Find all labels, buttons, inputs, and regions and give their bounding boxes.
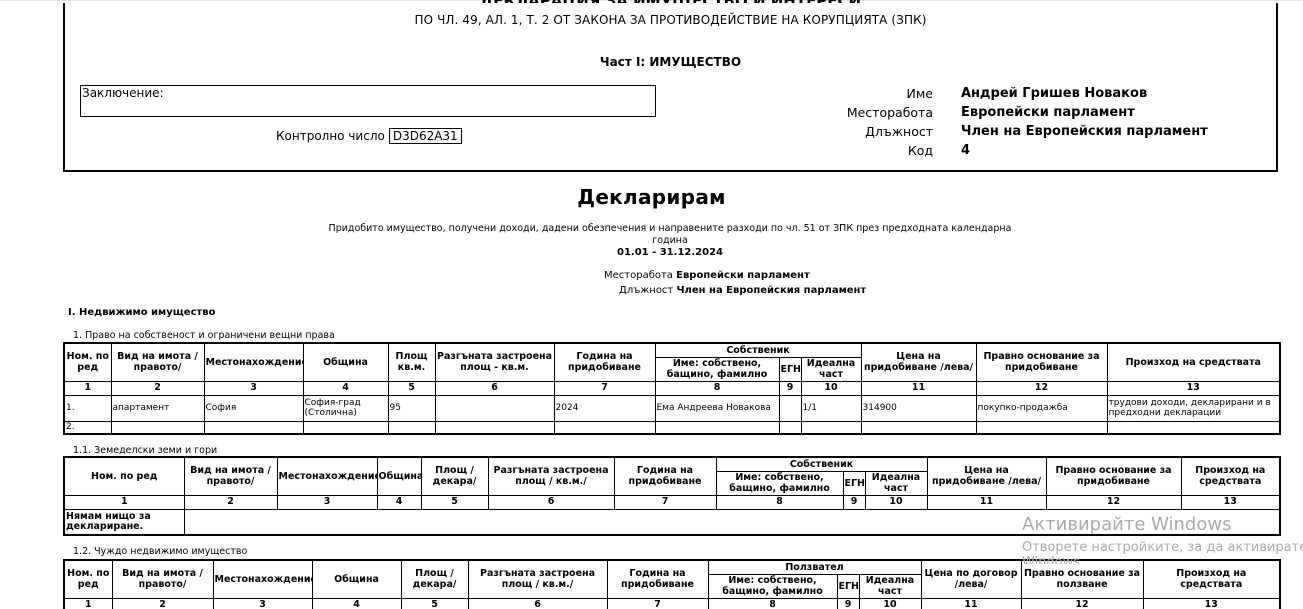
workplace-label: Месторабота xyxy=(604,270,673,281)
col-header: Местонахождение xyxy=(204,343,303,381)
column-number: 13 xyxy=(1181,495,1280,509)
column-number: 12 xyxy=(1046,495,1181,509)
column-number: 2 xyxy=(112,598,213,609)
part-title: Част I: ИМУЩЕСТВО xyxy=(65,55,1276,69)
column-number: 5 xyxy=(401,598,468,609)
table-cell xyxy=(801,421,861,434)
col-header: Правно основание за ползване xyxy=(1021,560,1143,598)
column-number: 3 xyxy=(204,381,303,395)
windows-activation-hint-2: Windows. xyxy=(1022,555,1084,564)
table-cell xyxy=(976,421,1107,434)
declare-period: 01.01 - 31.12.2024 xyxy=(0,247,1303,258)
col-header: Идеална част xyxy=(865,471,927,495)
section-title: I. Недвижимо имущество xyxy=(68,307,216,318)
table-row: 2. xyxy=(64,421,1280,434)
col-header: Правно основание за придобиване xyxy=(1046,457,1181,495)
col-header: Площ / декара/ xyxy=(401,560,468,598)
table-cell xyxy=(435,421,554,434)
table-cell: София-град (Столична) xyxy=(303,395,388,421)
col-header: Разгънатa застроена площ / кв.м./ xyxy=(488,457,614,495)
column-numbers-row: 12345678910111213 xyxy=(64,495,1280,509)
document-subtitle: ПО ЧЛ. 49, АЛ. 1, Т. 2 ОТ ЗАКОНА ЗА ПРОТ… xyxy=(65,13,1276,27)
col-header: Община xyxy=(303,343,388,381)
col-header: Идеална част xyxy=(801,357,861,381)
group-header-owner: Собственик xyxy=(716,457,927,471)
col-header: Местонахождение xyxy=(277,457,377,495)
column-number: 6 xyxy=(488,495,614,509)
position-label: Длъжност xyxy=(619,285,673,296)
col-header: Площ / декара/ xyxy=(421,457,488,495)
table1-caption: 1. Право на собственост и ограничени вещ… xyxy=(73,330,335,341)
ownership-table: Ном. по ред Вид на имота / правото/ Мест… xyxy=(63,342,1281,435)
declare-description: Придобито имущество, получени доходи, да… xyxy=(310,223,1030,247)
table-cell: 2024 xyxy=(554,395,655,421)
column-number: 11 xyxy=(861,381,976,395)
col-header: Идеална част xyxy=(859,574,921,598)
table-cell xyxy=(303,421,388,434)
table-cell: покупко-продажба xyxy=(976,395,1107,421)
column-number: 13 xyxy=(1143,598,1280,609)
col-header: Община xyxy=(377,457,421,495)
position-value: Член на Европейския парламент xyxy=(676,285,866,296)
column-number: 6 xyxy=(435,381,554,395)
info-row-code: Код4 xyxy=(825,141,1208,160)
conclusion-field: Заключение: xyxy=(80,85,656,117)
column-numbers-row: 12345678910111213 xyxy=(64,598,1280,609)
col-header: Вид на имота / правото/ xyxy=(111,343,204,381)
column-number: 8 xyxy=(716,495,843,509)
column-number: 11 xyxy=(921,598,1021,609)
table2-caption: 1.1. Земеделски земи и гори xyxy=(73,445,217,456)
column-number: 1 xyxy=(64,381,111,395)
table-cell: трудови доходи, декларирани и в предходн… xyxy=(1107,395,1280,421)
workplace-value: Европейски парламент xyxy=(676,270,810,281)
col-header: Цена по договор /лева/ xyxy=(921,560,1021,598)
col-header: Ном. по ред xyxy=(64,457,184,495)
table-cell xyxy=(435,395,554,421)
foreign-property-table: Ном. по ред Вид на имота / правото/ Мест… xyxy=(63,559,1281,609)
column-numbers-row: 12345678910111213 xyxy=(64,381,1280,395)
column-number: 2 xyxy=(111,381,204,395)
column-number: 10 xyxy=(859,598,921,609)
column-number: 2 xyxy=(184,495,277,509)
col-header: Цена на придобиване /лева/ xyxy=(861,343,976,381)
info-row-workplace: МестоработаЕвропейски парламент xyxy=(825,103,1208,122)
col-header: Ном. по ред xyxy=(64,343,111,381)
document-title: ДЕКЛАРАЦИЯ ЗА ИМУЩЕСТВО И ИНТЕРЕСИ xyxy=(65,0,1276,3)
col-header: Име: собствено, бащино, фамилно xyxy=(655,357,779,381)
declare-title: Декларирам xyxy=(0,185,1303,209)
col-header: Произход на средствата xyxy=(1107,343,1280,381)
group-header-user: Ползвател xyxy=(708,560,921,574)
table-cell xyxy=(655,421,779,434)
group-header-owner: Собственик xyxy=(655,343,861,357)
column-number: 12 xyxy=(1021,598,1143,609)
info-value: 4 xyxy=(961,143,970,158)
column-number: 7 xyxy=(607,598,708,609)
column-number: 3 xyxy=(213,598,312,609)
col-header: Произход на средствата xyxy=(1143,560,1280,598)
column-number: 10 xyxy=(865,495,927,509)
col-header: Ном. по ред xyxy=(64,560,112,598)
info-value: Андрей Гришев Новаков xyxy=(961,86,1147,101)
info-label: Месторабота xyxy=(825,105,961,120)
column-number: 8 xyxy=(655,381,779,395)
table-cell xyxy=(388,421,435,434)
column-number: 6 xyxy=(468,598,607,609)
table-cell xyxy=(111,421,204,434)
table-cell: 2. xyxy=(64,421,111,434)
table-row: 1.апартаментСофияСофия-град (Столична)95… xyxy=(64,395,1280,421)
table-cell: София xyxy=(204,395,303,421)
info-row-position: ДлъжностЧлен на Европейския парламент xyxy=(825,122,1208,141)
table-cell xyxy=(1107,421,1280,434)
column-number: 5 xyxy=(388,381,435,395)
column-number: 4 xyxy=(312,598,401,609)
declare-position: Длъжност Член на Европейския парламент xyxy=(619,285,866,296)
windows-activation-watermark: Активирайте Windows xyxy=(1022,514,1231,535)
declarant-info: ИмеАндрей Гришев Новаков МестоработаЕвро… xyxy=(825,84,1208,160)
table-cell: 314900 xyxy=(861,395,976,421)
column-number: 12 xyxy=(976,381,1107,395)
control-number: Контролно число D3D62A31 xyxy=(276,128,462,144)
control-number-label: Контролно число xyxy=(276,129,385,143)
col-header: ЕГН xyxy=(843,471,865,495)
column-number: 8 xyxy=(708,598,837,609)
declaration-header-box: ДЕКЛАРАЦИЯ ЗА ИМУЩЕСТВО И ИНТЕРЕСИ ПО ЧЛ… xyxy=(63,3,1278,172)
table-cell xyxy=(861,421,976,434)
column-number: 5 xyxy=(421,495,488,509)
column-number: 11 xyxy=(927,495,1046,509)
col-header: Община xyxy=(312,560,401,598)
info-label: Код xyxy=(825,143,961,158)
column-number: 9 xyxy=(779,381,801,395)
column-number: 4 xyxy=(377,495,421,509)
col-header: Година на придобиване xyxy=(607,560,708,598)
col-header: ЕГН xyxy=(837,574,859,598)
col-header: Произход на средствата xyxy=(1181,457,1280,495)
col-header: Година на придобиване xyxy=(614,457,716,495)
column-number: 3 xyxy=(277,495,377,509)
info-row-name: ИмеАндрей Гришев Новаков xyxy=(825,84,1208,103)
info-value: Член на Европейския парламент xyxy=(961,124,1208,139)
col-header: Цена на придобиване /лева/ xyxy=(927,457,1046,495)
table-cell xyxy=(204,421,303,434)
table-cell: 95 xyxy=(388,395,435,421)
column-number: 1 xyxy=(64,598,112,609)
col-header: Разгънатa застроена площ / кв.м./ xyxy=(468,560,607,598)
info-label: Длъжност xyxy=(825,124,961,139)
windows-activation-hint: Отворете настройките, за да активирате xyxy=(1022,540,1303,555)
col-header: Правно основание за придобиване xyxy=(976,343,1107,381)
col-header: Местонахождение xyxy=(213,560,312,598)
info-label: Име xyxy=(825,86,961,101)
column-number: 9 xyxy=(837,598,859,609)
column-number: 9 xyxy=(843,495,865,509)
col-header: Площ кв.м. xyxy=(388,343,435,381)
column-number: 1 xyxy=(64,495,184,509)
table-cell: 1/1 xyxy=(801,395,861,421)
col-header: Година на придобиване xyxy=(554,343,655,381)
column-number: 13 xyxy=(1107,381,1280,395)
col-header: Вид на имота / правото/ xyxy=(112,560,213,598)
col-header: ЕГН xyxy=(779,357,801,381)
column-number: 7 xyxy=(554,381,655,395)
table-cell xyxy=(779,421,801,434)
info-value: Европейски парламент xyxy=(961,105,1135,120)
col-header: Вид на имота / правото/ xyxy=(184,457,277,495)
col-header: Име: собствено, бащино, фамилно xyxy=(708,574,837,598)
table-cell xyxy=(779,395,801,421)
table3-caption: 1.2. Чуждо недвижимо имущество xyxy=(73,546,247,557)
table-cell: Ема Андреева Новакова xyxy=(655,395,779,421)
control-number-value: D3D62A31 xyxy=(389,128,462,144)
column-number: 4 xyxy=(303,381,388,395)
table-cell: апартамент xyxy=(111,395,204,421)
empty-note: Нямам нищо за деклариране. xyxy=(64,509,184,535)
table-cell xyxy=(554,421,655,434)
table-cell: 1. xyxy=(64,395,111,421)
conclusion-label: Заключение: xyxy=(82,86,164,100)
declare-workplace: Месторабота Европейски парламент xyxy=(604,270,810,281)
column-number: 7 xyxy=(614,495,716,509)
column-number: 10 xyxy=(801,381,861,395)
col-header: Име: собствено, бащино, фамилно xyxy=(716,471,843,495)
col-header: Разгънатa застроена площ - кв.м. xyxy=(435,343,554,381)
